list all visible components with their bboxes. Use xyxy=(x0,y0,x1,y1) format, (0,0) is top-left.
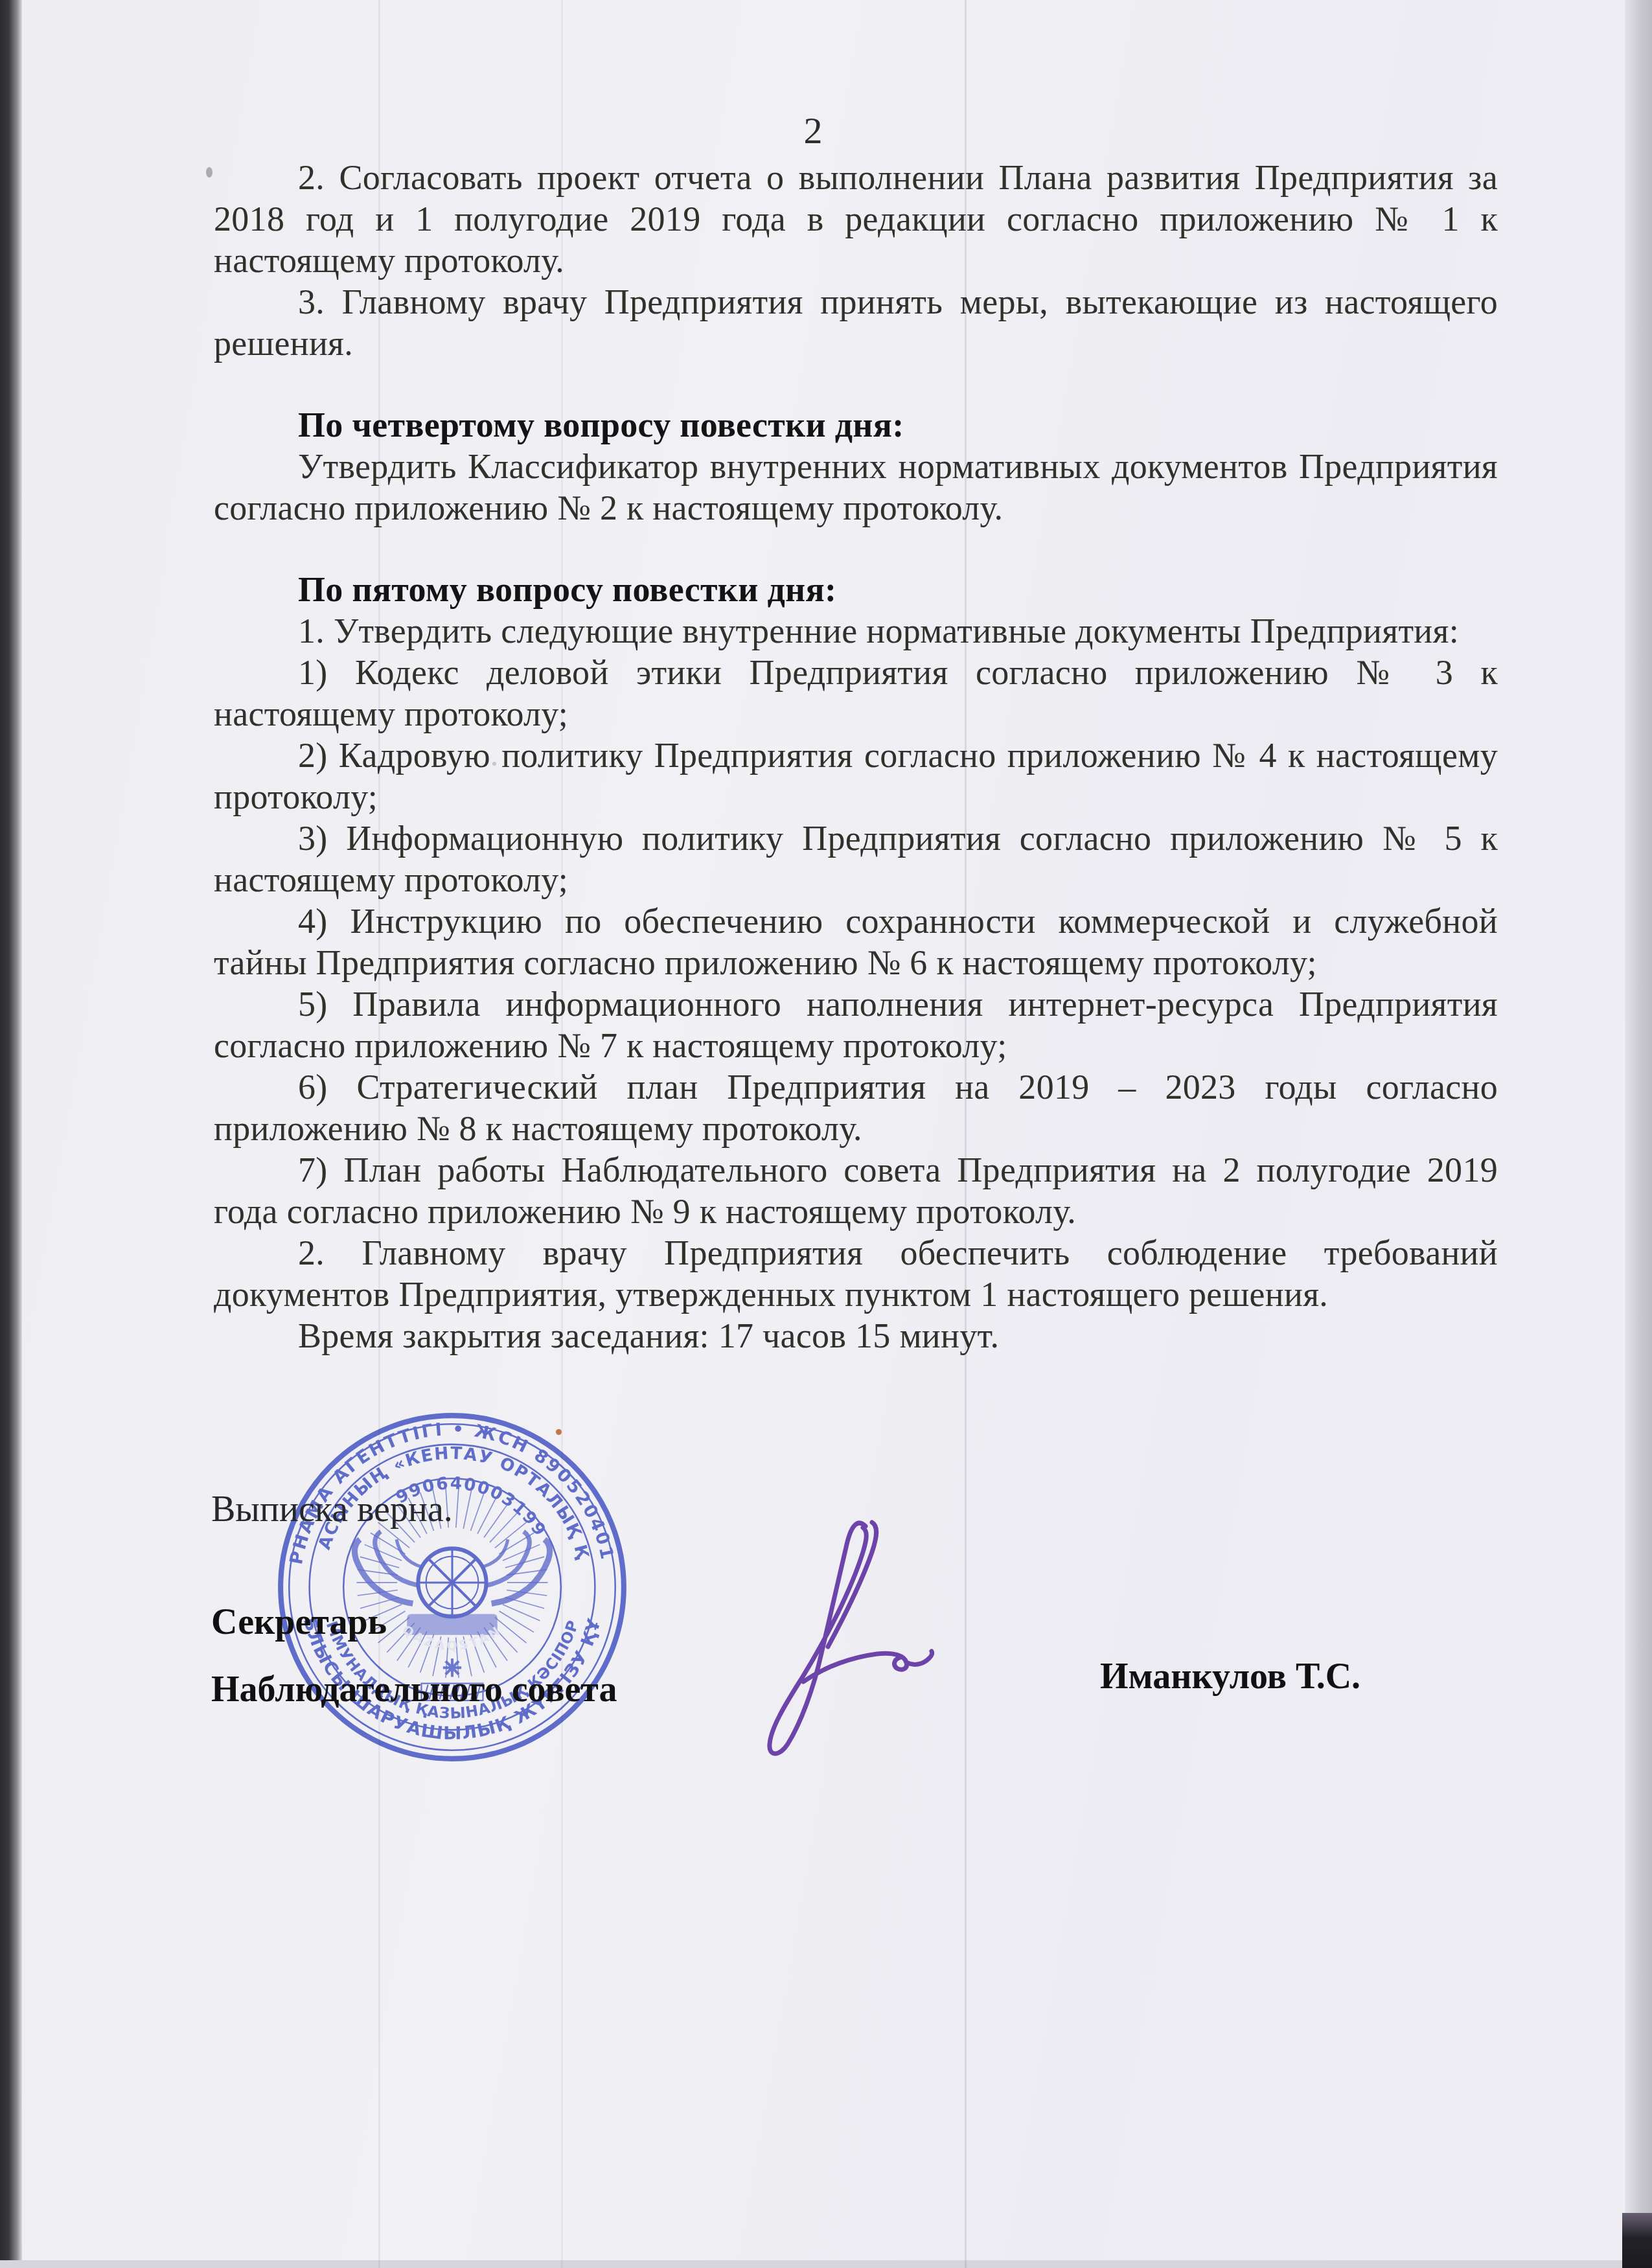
paragraph: 1) Кодекс деловой этики Предприятия согл… xyxy=(214,652,1498,735)
paragraph: Время закрытия заседания: 17 часов 15 ми… xyxy=(214,1315,1498,1357)
scan-edge-bottom xyxy=(0,2260,1652,2268)
paragraph: 2. Согласовать проект отчета о выполнени… xyxy=(214,157,1498,281)
paragraph: 2) Кадровую политику Предприятия согласн… xyxy=(214,735,1498,818)
document-body: 2. Согласовать проект отчета о выполнени… xyxy=(214,157,1498,1357)
handwritten-signature xyxy=(731,1509,958,1769)
paragraph: 3. Главному врачу Предприятия принять ме… xyxy=(214,281,1498,364)
paragraph: 1. Утвердить следующие внутренние нормат… xyxy=(214,610,1498,652)
paragraph: По пятому вопросу повестки дня: xyxy=(214,569,1498,610)
scan-corner-shadow xyxy=(1622,2213,1652,2268)
scanned-document-page: 2 2. Согласовать проект отчета о выполне… xyxy=(0,0,1652,2268)
paragraph: 5) Правила информационного наполнения ин… xyxy=(214,983,1498,1066)
scan-speck xyxy=(206,167,212,178)
paragraph: По четвертому вопросу повестки дня: xyxy=(214,404,1498,446)
paragraph: 7) План работы Наблюдательного совета Пр… xyxy=(214,1149,1498,1232)
paragraph: 3) Информационную политику Предприятия с… xyxy=(214,818,1498,900)
secretary-role-line-2: Наблюдательного совета xyxy=(211,1669,617,1710)
secretary-role-line-1: Секретарь xyxy=(211,1601,387,1643)
page-number: 2 xyxy=(0,109,1626,152)
scan-edge-left xyxy=(0,0,22,2268)
signer-name: Иманкулов Т.С. xyxy=(1100,1656,1360,1697)
paragraph: 6) Стратегический план Предприятия на 20… xyxy=(214,1066,1498,1149)
official-seal-stamp: ЖАРНАМА АГЕНТТІГІ • ЖСН 890520401917 ТҮР… xyxy=(272,1407,632,1767)
paragraph: 2. Главному врачу Предприятия обеспечить… xyxy=(214,1232,1498,1315)
paragraph: Утвердить Классификатор внутренних норма… xyxy=(214,446,1498,529)
certification-line: Выписка верна. xyxy=(211,1489,453,1530)
scan-edge-right xyxy=(1625,0,1652,2268)
paragraph: 4) Инструкцию по обеспечению сохранности… xyxy=(214,900,1498,983)
